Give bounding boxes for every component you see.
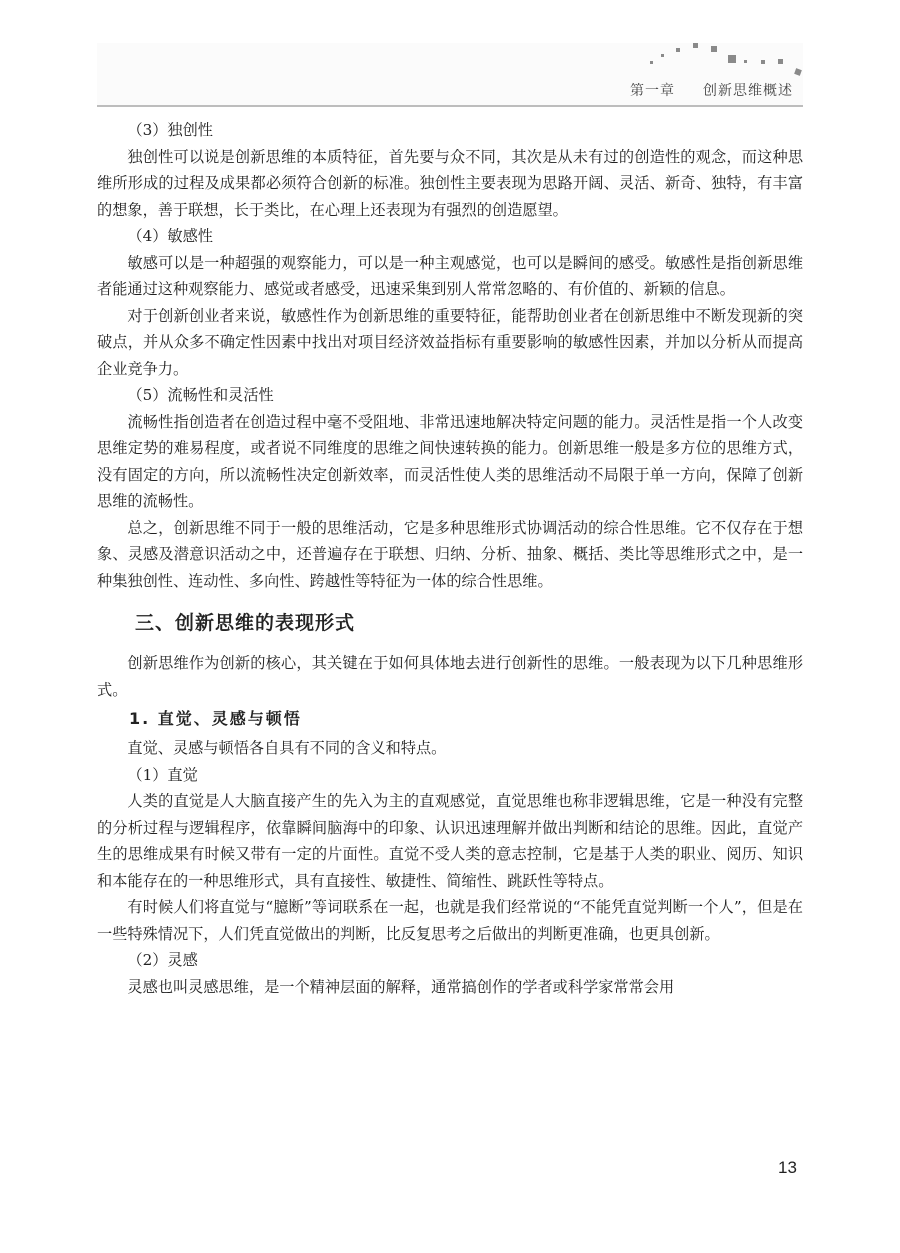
subheading-sensitivity: （4）敏感性	[97, 223, 803, 250]
paragraph: 直觉、灵感与顿悟各自具有不同的含义和特点。	[97, 735, 803, 762]
paragraph: 敏感可以是一种超强的观察能力，可以是一种主观感觉，也可以是瞬间的感受。敏感性是指…	[97, 250, 803, 303]
paragraph: 灵感也叫灵感思维，是一个精神层面的解释，通常搞创作的学者或科学家常常会用	[97, 974, 803, 1001]
paragraph: 总之，创新思维不同于一般的思维活动，它是多种思维形式协调活动的综合性思维。它不仅…	[97, 515, 803, 595]
chapter-title: 创新思维概述	[703, 80, 793, 100]
subsection-heading-intuition-group: 1. 直觉、灵感与顿悟	[97, 705, 803, 733]
subheading-uniqueness: （3）独创性	[97, 117, 803, 144]
paragraph: 人类的直觉是人大脑直接产生的先入为主的直观感觉，直觉思维也称非逻辑思维，它是一种…	[97, 788, 803, 894]
paragraph: 有时候人们将直觉与“臆断”等词联系在一起，也就是我们经常说的“不能凭直觉判断一个…	[97, 894, 803, 947]
paragraph: 创新思维作为创新的核心，其关键在于如何具体地去进行创新性的思维。一般表现为以下几…	[97, 650, 803, 703]
section-heading-forms: 三、创新思维的表现形式	[97, 608, 803, 638]
page-number: 13	[778, 1158, 797, 1178]
paragraph: 流畅性指创造者在创造过程中毫不受阻地、非常迅速地解决特定问题的能力。灵活性是指一…	[97, 409, 803, 515]
running-head: 第一章创新思维概述	[630, 80, 803, 100]
paragraph: 独创性可以说是创新思维的本质特征，首先要与众不同，其次是从未有过的创造性的观念，…	[97, 144, 803, 224]
subheading-intuition: （1）直觉	[97, 762, 803, 789]
page-body: （3）独创性 独创性可以说是创新思维的本质特征，首先要与众不同，其次是从未有过的…	[97, 117, 803, 1000]
header-divider	[97, 105, 803, 107]
paragraph: 对于创新创业者来说，敏感性作为创新思维的重要特征，能帮助创业者在创新思维中不断发…	[97, 303, 803, 383]
subheading-inspiration: （2）灵感	[97, 947, 803, 974]
subheading-fluency: （5）流畅性和灵活性	[97, 382, 803, 409]
chapter-number: 第一章	[630, 80, 675, 100]
